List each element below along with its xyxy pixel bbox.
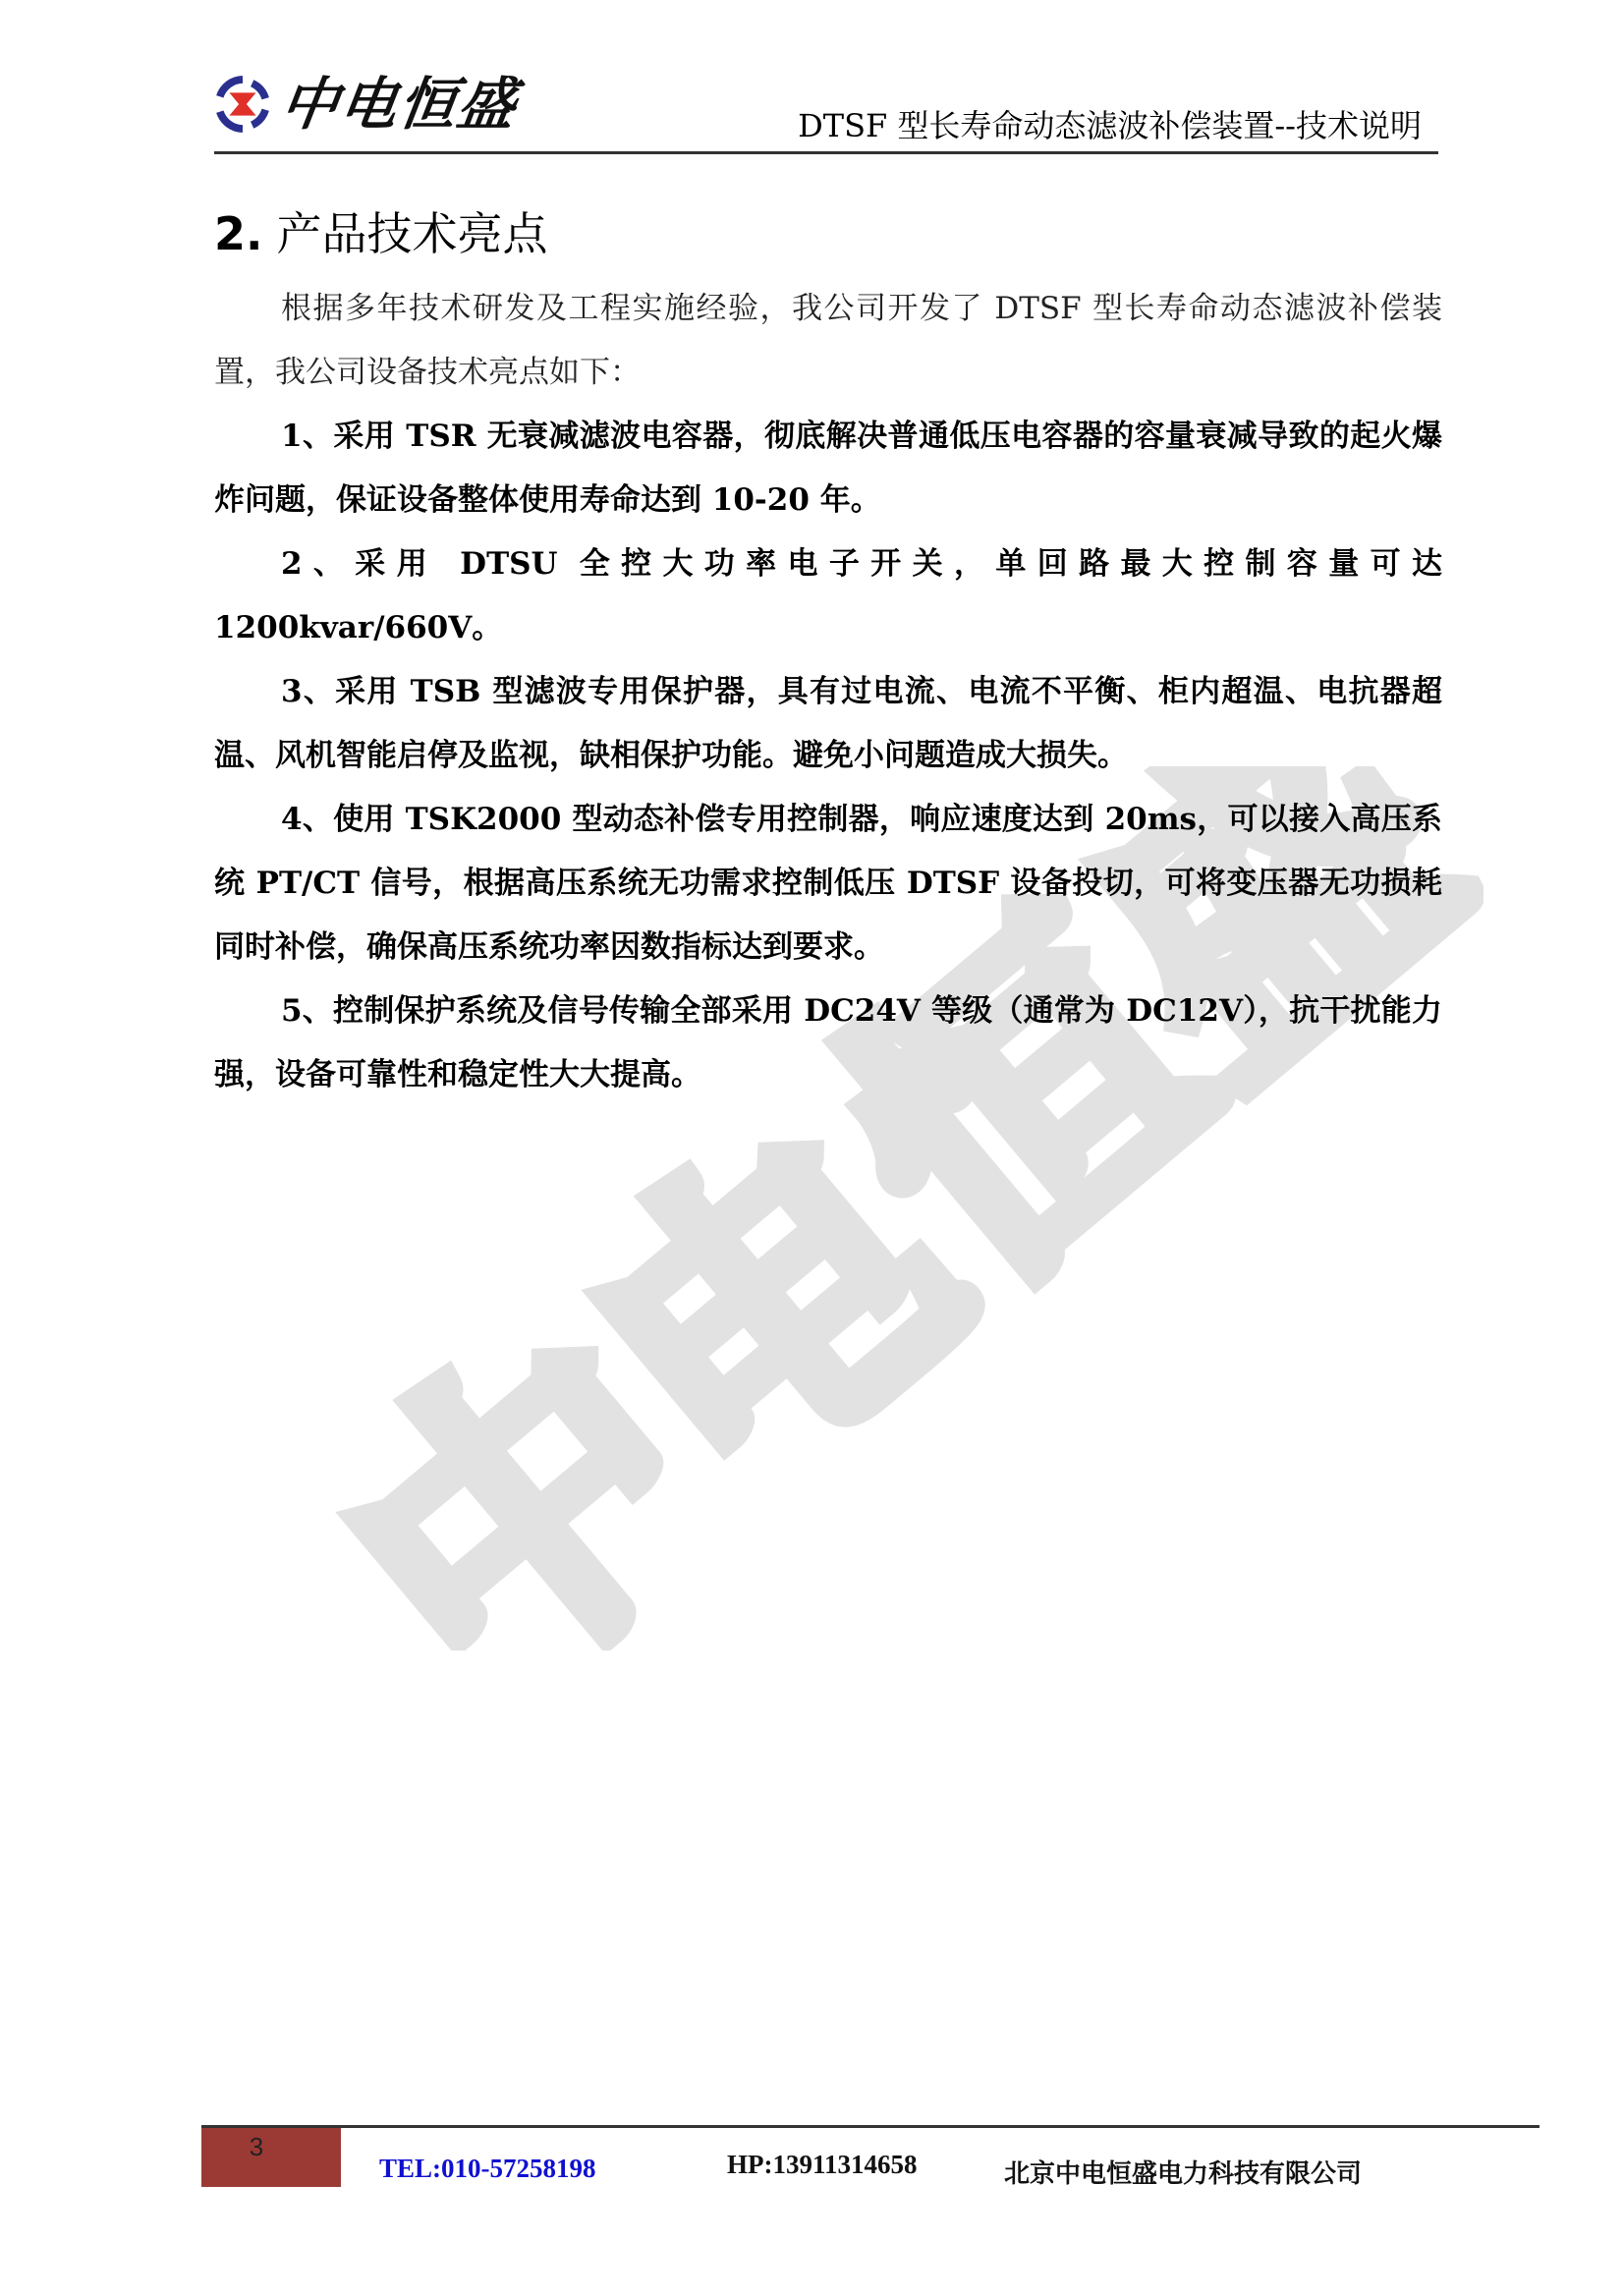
page-number: 3 xyxy=(201,2132,341,2162)
document-header-title: DTSF 型长寿命动态滤波补偿装置--技术说明 xyxy=(798,106,1422,145)
company-logo: 中电恒盛 xyxy=(214,65,517,143)
body-text: 根据多年技术研发及工程实施经验，我公司开发了 DTSF 型长寿命动态滤波补偿装置… xyxy=(214,277,1442,1107)
footer-mobile: HP:13911314658 xyxy=(727,2150,918,2180)
header-divider xyxy=(214,151,1438,154)
highlight-item-5: 5、控制保护系统及信号传输全部采用 DC24V 等级（通常为 DC12V），抗干… xyxy=(214,980,1442,1107)
intro-paragraph: 根据多年技术研发及工程实施经验，我公司开发了 DTSF 型长寿命动态滤波补偿装置… xyxy=(214,277,1442,405)
logo-emblem-icon xyxy=(214,76,271,133)
highlight-item-3: 3、采用 TSB 型滤波专用保护器，具有过电流、电流不平衡、柜内超温、电抗器超温… xyxy=(214,660,1442,788)
page-number-box: 3 xyxy=(201,2128,341,2187)
section-title: 产品技术亮点 xyxy=(276,207,547,260)
footer-company-name: 北京中电恒盛电力科技有限公司 xyxy=(1004,2154,1362,2190)
section-heading: 2.产品技术亮点 xyxy=(214,204,547,263)
section-number: 2. xyxy=(214,207,262,260)
logo-text: 中电恒盛 xyxy=(277,76,521,133)
highlight-item-2: 2、采用 DTSU 全控大功率电子开关，单回路最大控制容量可达 1200kvar… xyxy=(214,532,1442,660)
document-page: 中电恒盛 DTSF 型长寿命动态滤波补偿装置--技术说明 中电恒盛 2.产品技术… xyxy=(0,0,1623,2296)
highlight-item-1: 1、采用 TSR 无衰减滤波电容器，彻底解决普通低压电容器的容量衰减导致的起火爆… xyxy=(214,405,1442,532)
footer-telephone: TEL:010-57258198 xyxy=(379,2154,596,2184)
footer-divider xyxy=(201,2125,1539,2128)
highlight-item-4: 4、使用 TSK2000 型动态补偿专用控制器，响应速度达到 20ms，可以接入… xyxy=(214,788,1442,980)
